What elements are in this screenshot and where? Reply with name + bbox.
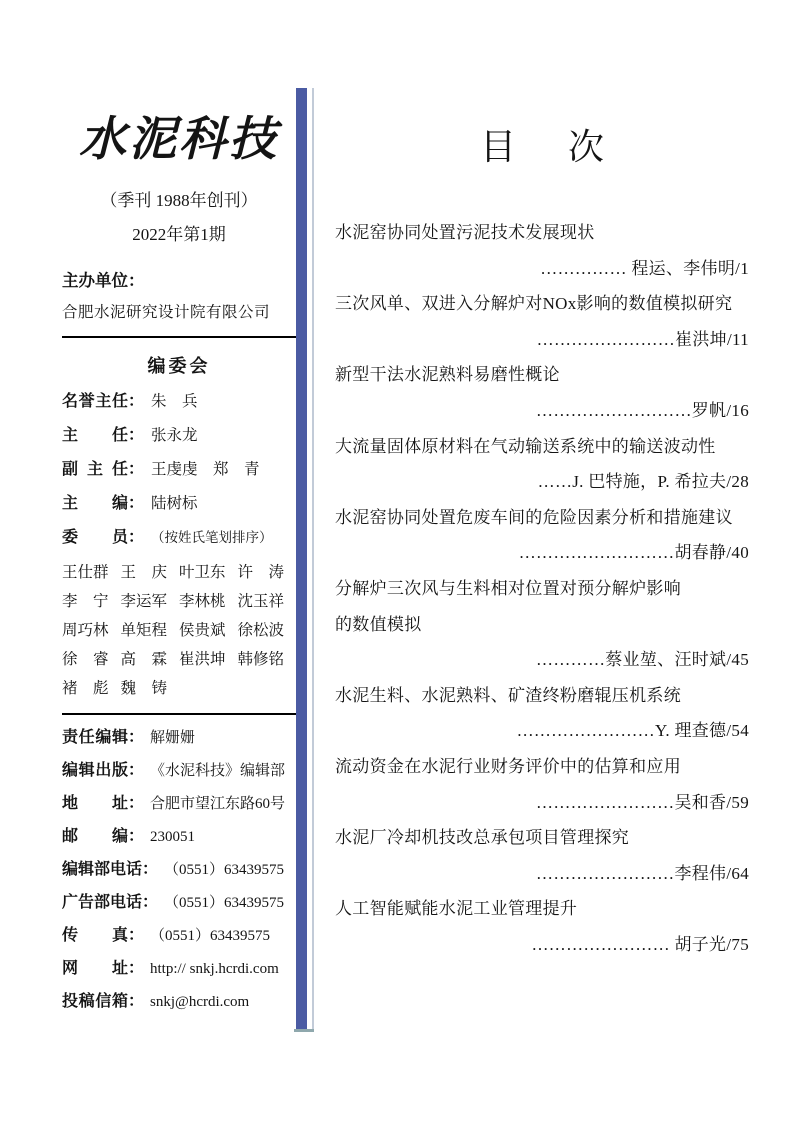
toc-leader-dots: ……………………… [536,401,692,420]
member-name: 韩修铭 [238,649,297,670]
info-colon: ： [128,827,144,847]
toc-entry-title: 新型干法水泥熟料易磨性概论 [335,357,757,393]
divider-rule-bottom [62,713,296,715]
info-colon: ： [128,794,144,814]
member-name: 周巧林 [62,620,121,641]
toc-page-number: 28 [731,472,749,491]
editorial-board-roles: 名誉主任：朱 兵 主任：张永龙 副主任：王虔虔 郑 青 主编：陆树标 委员：（按… [62,391,296,548]
organizer-label-colon: ： [128,271,145,290]
toc-leader-dots: ……………………… [519,543,675,562]
info-row: 投稿信箱：snkj@hcrdi.com [62,992,296,1012]
info-colon: ： [142,893,158,913]
toc-entry-title: 水泥厂冷却机技改总承包项目管理探究 [335,820,757,856]
toc-leader-dots: …… [538,472,573,491]
info-label: 地址 [62,794,128,814]
role-label: 副主任 [62,459,128,480]
toc-entry-author-line: ……………………Y. 理查德/54 [335,713,757,749]
member-name: 高 霖 [121,649,180,670]
role-value: 陆树标 [151,493,198,514]
toc-author-names: 罗帆 [692,401,727,420]
info-value: http:// snkj.hcrdi.com [150,959,279,979]
role-value: （按姓氏笔划排序） [151,527,273,548]
role-row: 主任：张永龙 [62,425,296,446]
toc-page-number: 40 [731,543,749,562]
left-column: 水泥科技 （季刊 1988年创刊） 2022年第1期 主办单位： 合肥水泥研究设… [62,100,296,1012]
table-of-contents: 目 次 水泥窑协同处置污泥技术发展现状 …………… 程运、李伟明/1 三次风单、… [335,125,757,962]
info-value: 合肥市望江东路60号 [150,794,285,814]
toc-page-number: 75 [731,935,749,954]
info-row: 传真：（0551）63439575 [62,926,296,946]
toc-entry-title: 大流量固体原材料在气动输送系统中的输送波动性 [335,429,757,465]
toc-author-names: 吴和香 [674,793,726,812]
toc-entry: 水泥窑协同处置危废车间的危险因素分析和措施建议 ………………………胡春静/40 [335,500,757,571]
member-name: 徐松波 [238,620,297,641]
toc-page-number: 1 [740,259,749,278]
organizer-label-text: 主办单位 [62,271,128,290]
info-row: 编辑部电话：（0551）63439575 [62,860,296,880]
member-name: 王 庆 [121,562,180,583]
info-value: （0551）63439575 [164,893,284,913]
info-colon: ： [128,926,144,946]
column-divider-shadow [294,1029,314,1032]
toc-author-names: J. 巴特施，P. 希拉夫 [572,472,726,491]
info-value: （0551）63439575 [150,926,270,946]
toc-entry: 水泥厂冷却机技改总承包项目管理探究 ……………………李程伟/64 [335,820,757,891]
role-value: 朱 兵 [151,391,198,412]
journal-cover-page: 水泥科技 （季刊 1988年创刊） 2022年第1期 主办单位： 合肥水泥研究设… [0,0,793,1122]
info-colon: ： [142,860,158,880]
role-label: 主任 [62,425,128,446]
role-colon: ： [128,459,144,480]
role-colon: ： [128,425,144,446]
info-label: 网址 [62,959,128,979]
toc-entry: 大流量固体原材料在气动输送系统中的输送波动性 ……J. 巴特施，P. 希拉夫/2… [335,429,757,500]
info-row: 广告部电话：（0551）63439575 [62,893,296,913]
info-label: 传真 [62,926,128,946]
role-colon: ： [128,391,144,412]
member-name: 李林桃 [179,591,238,612]
member-name: 沈玉祥 [238,591,297,612]
toc-entry-author-line: ……………………吴和香/59 [335,785,757,821]
toc-entry: 新型干法水泥熟料易磨性概论 ………………………罗帆/16 [335,357,757,428]
info-value: snkj@hcrdi.com [150,992,249,1012]
role-label: 名誉主任 [62,391,128,412]
column-divider-bar [296,88,307,1029]
toc-author-names: 崔洪坤 [675,330,727,349]
toc-entry-author-line: …………………… 胡子光/75 [335,927,757,963]
info-value: 《水泥科技》编辑部 [150,761,285,781]
toc-page-number: 59 [731,793,749,812]
member-name: 崔洪坤 [179,649,238,670]
toc-page-number: 16 [731,401,749,420]
toc-author-names: 蔡业堃、汪时斌 [605,650,726,669]
info-label: 邮编 [62,827,128,847]
organizer-name: 合肥水泥研究设计院有限公司 [62,300,296,322]
role-row: 委员：（按姓氏笔划排序） [62,527,296,548]
toc-entry-title: 流动资金在水泥行业财务评价中的估算和应用 [335,749,757,785]
toc-entry-title: 分解炉三次风与生料相对位置对预分解炉影响 [335,571,757,607]
role-label: 委员 [62,527,128,548]
member-name: 叶卫东 [179,562,238,583]
info-colon: ： [128,959,144,979]
member-name: 单矩程 [121,620,180,641]
journal-subtitle: （季刊 1988年创刊） [62,186,296,211]
toc-entry: 水泥窑协同处置污泥技术发展现状 …………… 程运、李伟明/1 [335,215,757,286]
info-row: 邮编：230051 [62,827,296,847]
toc-author-names: 胡春静 [674,543,726,562]
info-value: 230051 [150,827,195,847]
member-name: 王仕群 [62,562,121,583]
toc-author-names: 胡子光 [674,935,726,954]
toc-entry-title: 水泥窑协同处置危废车间的危险因素分析和措施建议 [335,500,757,536]
info-label: 广告部电话 [62,893,142,913]
toc-page-number: 11 [732,330,749,349]
toc-leader-dots: …………… [540,259,631,278]
toc-entry-author-line: ………………………胡春静/40 [335,535,757,571]
toc-leader-dots: …………………… [517,721,655,740]
info-label: 编辑部电话 [62,860,142,880]
info-row: 责任编辑：解姗姗 [62,728,296,748]
info-label: 责任编辑 [62,728,128,748]
member-name: 褚 彪 [62,678,121,699]
info-row: 地址：合肥市望江东路60号 [62,794,296,814]
toc-leader-dots: …………………… [536,793,674,812]
role-row: 主编：陆树标 [62,493,296,514]
divider-rule-top [62,336,296,338]
toc-entry-title: 水泥窑协同处置污泥技术发展现状 [335,215,757,251]
toc-entry-title: 水泥生料、水泥熟料、矿渣终粉磨辊压机系统 [335,678,757,714]
info-value: （0551）63439575 [164,860,284,880]
info-colon: ： [128,761,144,781]
member-name: 徐 睿 [62,649,121,670]
info-label: 编辑出版 [62,761,128,781]
role-row: 名誉主任：朱 兵 [62,391,296,412]
toc-entry: 三次风单、双进入分解炉对NOx影响的数值模拟研究 ……………………崔洪坤/11 [335,286,757,357]
toc-author-names: 李程伟 [674,864,726,883]
toc-page-number: 45 [731,650,749,669]
role-colon: ： [128,527,144,548]
role-colon: ： [128,493,144,514]
member-name: 李 宁 [62,591,121,612]
toc-author-names: 程运、李伟明 [631,259,735,278]
toc-entry: 流动资金在水泥行业财务评价中的估算和应用 ……………………吴和香/59 [335,749,757,820]
info-row: 编辑出版：《水泥科技》编辑部 [62,761,296,781]
member-name: 魏 铸 [121,678,180,699]
toc-leader-dots: …………………… [537,330,675,349]
toc-heading: 目 次 [335,125,757,169]
member-name: 许 涛 [238,562,297,583]
toc-page-number: 54 [731,721,749,740]
publication-info: 责任编辑：解姗姗 编辑出版：《水泥科技》编辑部 地址：合肥市望江东路60号 邮编… [62,728,296,1012]
toc-page-number: 64 [731,864,749,883]
toc-entry-author-line: …………… 程运、李伟明/1 [335,251,757,287]
toc-leader-dots: …………………… [536,864,674,883]
toc-entry-author-line: …………蔡业堃、汪时斌/45 [335,642,757,678]
toc-list: 水泥窑协同处置污泥技术发展现状 …………… 程运、李伟明/1 三次风单、双进入分… [335,215,757,962]
info-colon: ： [128,728,144,748]
toc-entry-title: 人工智能赋能水泥工业管理提升 [335,891,757,927]
column-divider-line [312,88,314,1029]
committee-members-grid: 王仕群 王 庆 叶卫东 许 涛 李 宁 李运军 李林桃 沈玉祥 周巧林 单矩程 … [62,562,296,699]
member-name: 李运军 [121,591,180,612]
toc-entry-title-continued: 的数值模拟 [335,607,757,643]
toc-entry-author-line: ……………………李程伟/64 [335,856,757,892]
toc-entry-author-line: ………………………罗帆/16 [335,393,757,429]
role-label: 主编 [62,493,128,514]
toc-entry-author-line: ……J. 巴特施，P. 希拉夫/28 [335,464,757,500]
toc-entry: 水泥生料、水泥熟料、矿渣终粉磨辊压机系统 ……………………Y. 理查德/54 [335,678,757,749]
member-name: 侯贵斌 [179,620,238,641]
toc-leader-dots: …………………… [532,935,675,954]
toc-entry: 人工智能赋能水泥工业管理提升 …………………… 胡子光/75 [335,891,757,962]
toc-entry: 分解炉三次风与生料相对位置对预分解炉影响 的数值模拟 …………蔡业堃、汪时斌/4… [335,571,757,678]
organizer-label: 主办单位： [62,267,296,291]
info-row: 网址：http:// snkj.hcrdi.com [62,959,296,979]
toc-author-names: Y. 理查德 [655,721,726,740]
editorial-board-heading: 编委会 [62,352,296,378]
toc-entry-author-line: ……………………崔洪坤/11 [335,322,757,358]
info-value: 解姗姗 [150,728,195,748]
info-label: 投稿信箱 [62,992,128,1012]
role-value: 王虔虔 郑 青 [151,459,260,480]
toc-leader-dots: ………… [536,650,605,669]
role-value: 张永龙 [151,425,198,446]
info-colon: ： [128,992,144,1012]
role-row: 副主任：王虔虔 郑 青 [62,459,296,480]
journal-title: 水泥科技 [62,100,296,180]
toc-entry-title: 三次风单、双进入分解炉对NOx影响的数值模拟研究 [335,286,757,322]
journal-issue: 2022年第1期 [62,220,296,245]
